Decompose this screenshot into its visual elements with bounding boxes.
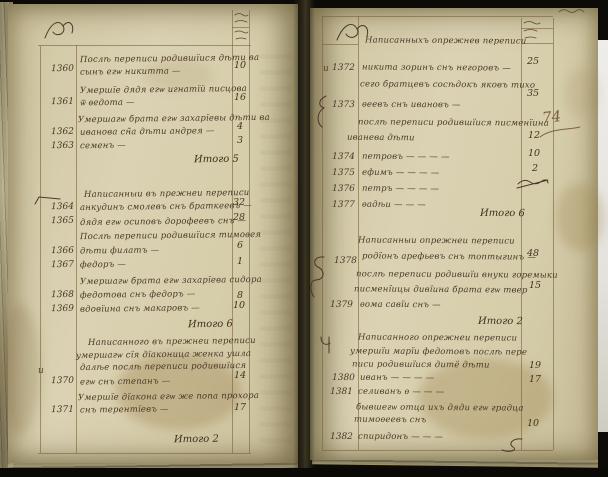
entry-line: федоръ —	[80, 260, 126, 271]
margin-flourish	[318, 334, 334, 356]
entry-line: иванева дѣти	[347, 133, 415, 143]
year-label: 1362	[51, 127, 74, 137]
year-label: 1360	[51, 64, 74, 74]
entry-line: вдовïина снъ макаровъ —	[80, 303, 200, 314]
census-header-line: Написанныи опрежнеи переписи	[358, 235, 515, 246]
amount-value: 19	[525, 360, 545, 371]
amount-value: 15	[525, 280, 545, 291]
entry-line: федотова снъ федоръ —	[80, 289, 196, 300]
entry-line: петръ — — — —	[362, 184, 439, 195]
total-label: Итого 6	[188, 319, 233, 331]
amount-value: 2	[525, 163, 545, 174]
year-label: 1372	[332, 63, 355, 73]
year-label: 1376	[332, 184, 355, 194]
background-bottom	[0, 468, 608, 477]
entry-line: тимоѳеевъ снъ	[354, 415, 426, 426]
entry-line: анкудинъ смолевъ снъ браткеевъ —	[80, 201, 252, 213]
year-label: 1367	[51, 260, 74, 270]
ruled-line-horizontal	[322, 16, 553, 17]
amount-value: 10	[524, 148, 544, 159]
census-header-line: Написанныхъ опрежнев переписи	[365, 35, 527, 46]
margin-mark: и	[38, 366, 44, 376]
total-label: Итого 6	[480, 208, 525, 219]
amount-value: 6	[230, 240, 250, 251]
ruled-line-vertical	[553, 18, 554, 450]
entry-line: иванъ — — — —	[360, 373, 434, 384]
amount-value: 10	[523, 418, 543, 429]
amount-value: 10	[230, 60, 250, 71]
year-label: 1366	[51, 246, 74, 256]
census-header-line: Написанного въ прежнеи переписи	[88, 336, 256, 348]
entry-line: семенъ —	[80, 141, 126, 152]
amount-value: 48	[523, 248, 543, 259]
ruled-line-vertical	[322, 16, 323, 450]
entry-line: снъ терентïевъ —	[80, 404, 169, 415]
entry-line: дядя егѡ осиповъ дорофеевъ снъ —	[80, 215, 246, 228]
amount-value: 10	[229, 300, 249, 311]
entry-line: спиридонъ — — —	[358, 432, 443, 443]
entry-line: егѡ снъ степанъ —	[80, 375, 171, 387]
ruled-line-vertical	[40, 46, 41, 453]
corner-flourish	[42, 16, 78, 44]
ruled-line-vertical	[358, 16, 359, 450]
margin-flourish	[314, 94, 330, 130]
amount-value: 14	[230, 370, 250, 381]
year-label: 1373	[332, 100, 355, 110]
left-page: и Послѣ переписи родившïися дѣти ва 1360…	[8, 4, 298, 463]
amount-value: 32	[229, 197, 249, 208]
page-top-scribble	[558, 7, 586, 16]
year-label: 1380	[332, 373, 355, 383]
amount-value: 1	[230, 256, 250, 267]
amount-value: 17	[525, 374, 545, 385]
year-label: 1364	[51, 202, 74, 212]
year-label: 1374	[332, 152, 355, 162]
amount-value: 17	[230, 402, 250, 413]
crossed-out-amount	[516, 174, 550, 192]
ruled-line-vertical	[76, 45, 77, 453]
stain	[556, 183, 604, 251]
year-label: 1377	[332, 200, 355, 210]
entry-line: далѣе послѣ переписи родившïися	[80, 361, 246, 373]
total-label: Итого 2	[478, 316, 523, 327]
manuscript-photo: и Послѣ переписи родившïися дѣти ва 1360…	[0, 0, 608, 477]
stain	[0, 304, 40, 434]
book-gutter-shadow	[293, 0, 315, 470]
entry-line: никита зоринъ снъ негоровъ —	[362, 62, 511, 73]
entry-line: умершïи марïи федотовъ послѣ пере	[350, 346, 527, 357]
total-label: Итого 2	[174, 434, 219, 446]
year-label: 1361	[51, 97, 74, 107]
amount-value: 4	[230, 121, 250, 132]
ruled-line-horizontal	[38, 45, 251, 46]
year-label: 1382	[330, 432, 353, 442]
amount-value: 35	[523, 88, 543, 99]
entry-line: послѣ переписи родившïи внуки горемыки	[356, 269, 558, 280]
tail-flourish	[498, 436, 526, 454]
header-box-scribble	[234, 11, 249, 45]
amount-value: 28	[229, 212, 249, 223]
entry-line: родïонъ арефьевъ снъ топтыгинъ —	[362, 251, 536, 262]
year-label: 1371	[51, 405, 74, 415]
entry-line: ефимъ — — — —	[362, 168, 439, 179]
census-header-line: Написанныи въ прежнеи переписи	[84, 188, 250, 200]
census-header-line: Написанного опрежнеи переписи	[358, 332, 517, 343]
stain	[565, 68, 599, 118]
entry-line: ѳадѣи — — —	[362, 200, 426, 210]
year-label: 1381	[330, 387, 353, 397]
year-label: 1375	[332, 168, 355, 178]
right-page: и 74 Написанныхъ опрежнев переписи 1372 …	[310, 8, 598, 460]
year-label: 1363	[51, 141, 74, 151]
entry-line: ѳома савïи снъ —	[360, 300, 441, 311]
amount-value: 16	[230, 92, 250, 103]
amount-value: 12	[524, 130, 544, 141]
entry-line: ѿ ѳедота —	[80, 97, 135, 109]
entry-line: писменïицы дивïина брата егѡ твер	[354, 283, 528, 295]
entry-line: писи родившïися дитё дѣти	[352, 360, 490, 371]
amount-value: 25	[523, 56, 543, 67]
amount-value: 3	[230, 135, 250, 146]
entry-line: дѣти филатъ —	[80, 246, 159, 257]
ruled-line-horizontal	[38, 453, 251, 454]
year-label: 1370	[51, 376, 74, 386]
entry-line: умершагѡ сïя дïаконица женка ушла	[76, 348, 251, 361]
entry-line: послѣ переписи родившïися писменïина	[358, 117, 549, 128]
year-label: 1369	[51, 304, 74, 314]
entry-line: петровъ — — — —	[362, 152, 450, 163]
entry-line: иванова сн̃а дѣти андрея —	[80, 126, 215, 138]
entry-line: бывшегѡ отца ихъ дяди егѡ градца	[356, 401, 524, 413]
entry-line: Умершагѡ брата егѡ захарïева сидора	[80, 274, 262, 287]
entry-line: сего братцевъ сосѣдокъ яковъ тихо	[360, 79, 535, 90]
entry-line: сынъ егѡ никитта —	[80, 65, 181, 77]
total-label: Итого 5	[194, 154, 239, 166]
year-label: 1368	[51, 290, 74, 300]
entry-line: селиванъ ѳ — — —	[358, 387, 444, 398]
year-label: 1379	[330, 300, 353, 310]
year-label: 1378	[334, 256, 357, 266]
entry-line: Умершïе дядя егѡ игнатïй писцова	[80, 83, 247, 96]
margin-mark: и	[323, 64, 329, 74]
year-label: 1365	[51, 216, 74, 226]
entry-line: ѳеевъ снъ ивановъ —	[362, 100, 461, 111]
